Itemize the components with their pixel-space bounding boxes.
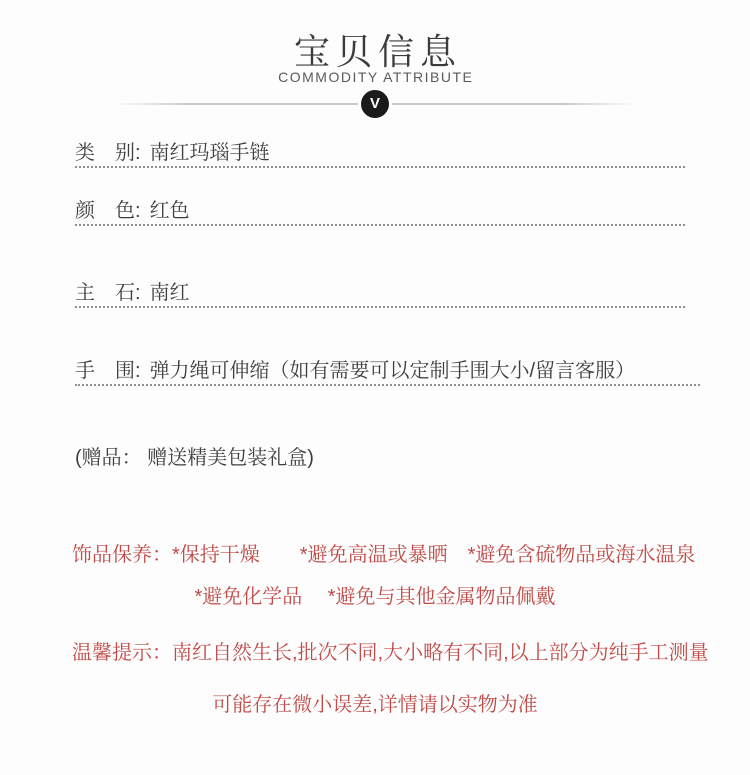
attribute-value: 弹力绳可伸缩（如有需要可以定制手围大小/留言客服） (150, 360, 636, 382)
attribute-label: 颜 色: (75, 200, 141, 222)
product-info-panel: 宝贝信息 COMMODITY ATTRIBUTE V 类 别:南红玛瑙手链 颜 … (0, 0, 750, 775)
v-badge-icon: V (358, 87, 392, 121)
page-title: 宝贝信息 (0, 24, 750, 75)
attribute-value: 南红 (150, 282, 190, 304)
attribute-row-main-stone: 主 石:南红 (75, 281, 685, 308)
attribute-row-wrist-size: 手 围:弹力绳可伸缩（如有需要可以定制手围大小/留言客服） (75, 359, 700, 386)
attribute-value: 南红玛瑙手链 (150, 142, 270, 164)
care-note-line-2: *避免化学品 *避免与其他金属物品佩戴 (0, 585, 750, 609)
attribute-value: (赠品： 赠送精美包装礼盒) (75, 447, 314, 469)
care-note-line-1: 饰品保养：*保持干燥 *避免高温或暴晒 *避免含硫物品或海水温泉 (72, 543, 695, 567)
attribute-label: 类 别: (75, 142, 141, 164)
attribute-label: 手 围: (75, 360, 141, 382)
attribute-value: 红色 (150, 200, 190, 222)
attribute-row-color: 颜 色:红色 (75, 199, 685, 226)
warm-tip-line-2: 可能存在微小误差,详情请以实物为准 (0, 693, 750, 717)
attribute-row-category: 类 别:南红玛瑙手链 (75, 141, 685, 168)
attribute-label: 主 石: (75, 282, 141, 304)
attribute-row-gift: (赠品： 赠送精美包装礼盒) (75, 446, 314, 470)
page-subtitle: COMMODITY ATTRIBUTE (0, 69, 750, 85)
warm-tip-line-1: 温馨提示：南红自然生长,批次不同,大小略有不同,以上部分为纯手工测量 (72, 641, 709, 665)
